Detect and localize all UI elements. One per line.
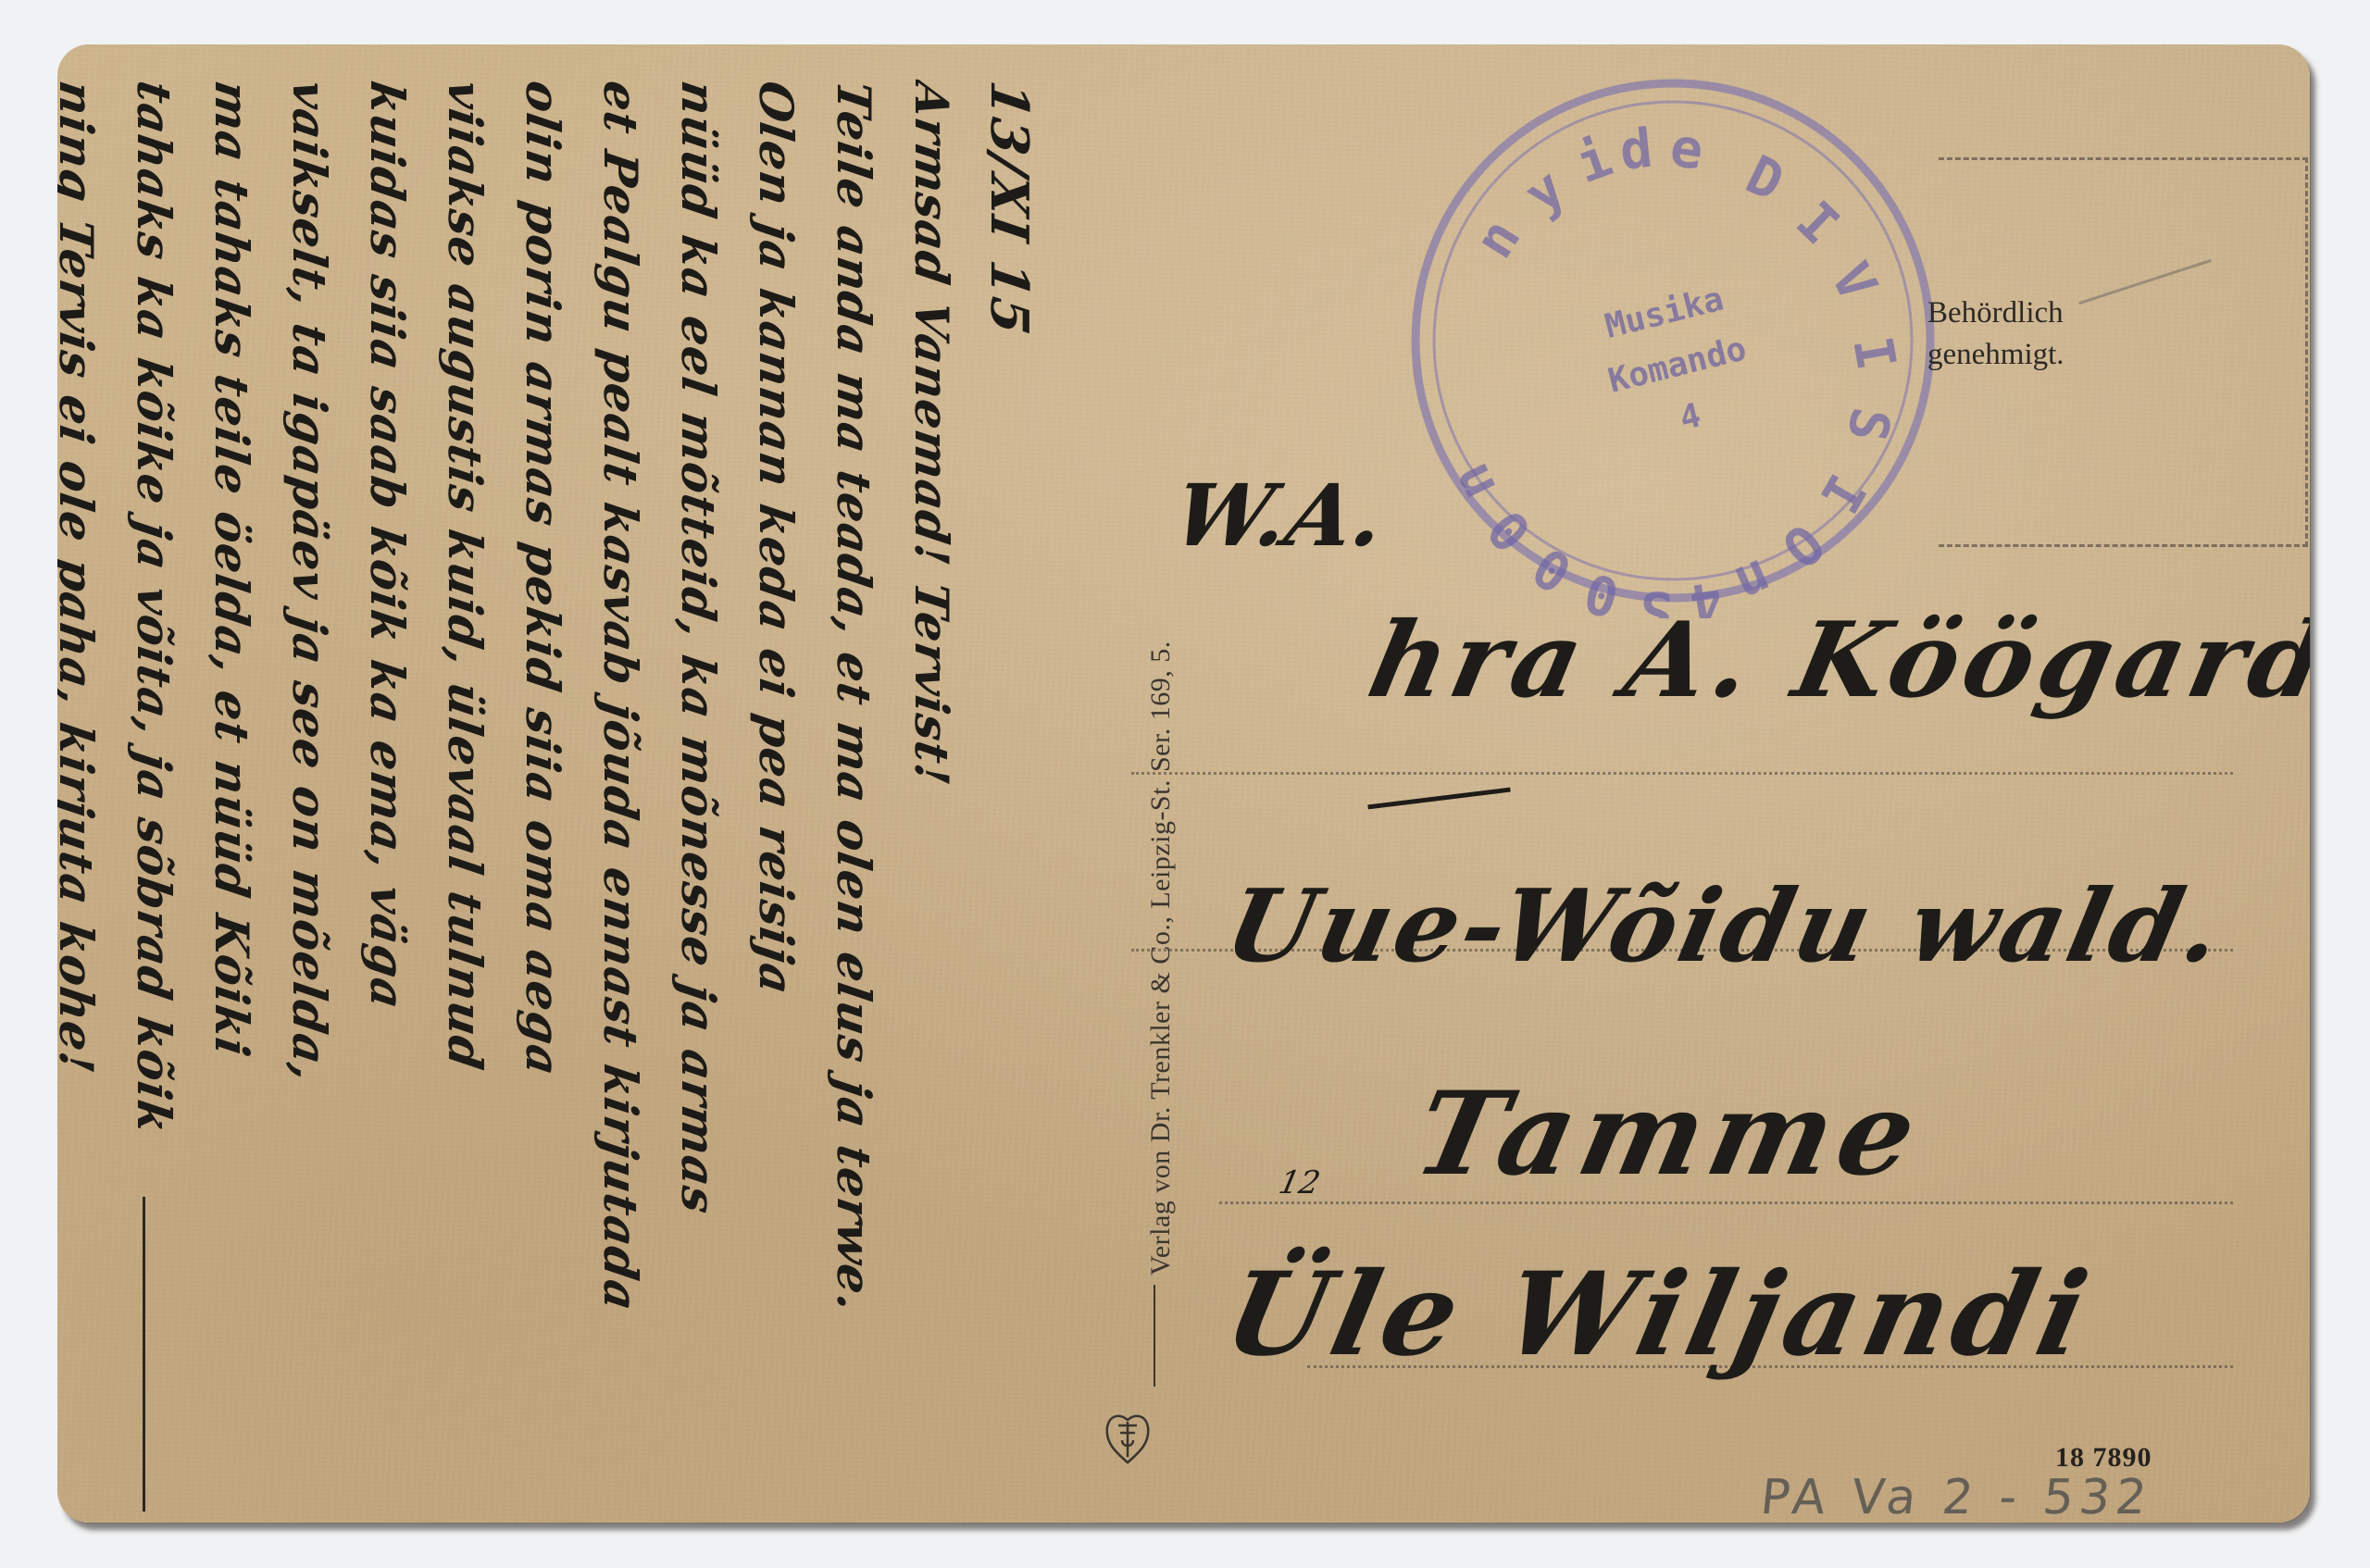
trefoil-monogram-icon bbox=[1102, 1405, 1154, 1466]
catalog-number: 18 7890 bbox=[2055, 1442, 2152, 1474]
svg-text:y: y bbox=[1513, 156, 1577, 226]
message-line: ma tahaks teile öelda, et nüüd Kõiki bbox=[193, 76, 270, 1503]
message-line: Teile anda ma teada, et ma olen elus ja … bbox=[815, 76, 892, 1503]
message-line: olin porin armas pekid siia oma aega bbox=[504, 76, 581, 1503]
message-line: vaikselt, ta igapäev ja see on mõelda, bbox=[270, 76, 348, 1503]
address-recipient: hra A. Köögard bbox=[1359, 600, 2310, 721]
svg-text:0: 0 bbox=[1522, 535, 1583, 605]
approval-label: Behördlich genehmigt. bbox=[1927, 292, 2064, 376]
address-line bbox=[1219, 1201, 2233, 1204]
address-village: Tamme bbox=[1404, 1067, 1935, 1201]
publisher-imprint: Verlag von Dr. Trenkler & Co., Leipzig-S… bbox=[1145, 641, 1177, 1276]
address-line bbox=[1131, 772, 2233, 775]
svg-text:n: n bbox=[1462, 208, 1532, 269]
message-line: Armsad Vanemad! Tervist! bbox=[892, 76, 970, 1503]
approval-line-1: Behördlich bbox=[1927, 292, 2064, 334]
svg-text:d: d bbox=[1616, 117, 1655, 182]
message-text-rotated: 13/XI 15 Armsad Vanemad! Tervist! Teile … bbox=[57, 81, 1048, 1498]
svg-text:I: I bbox=[1784, 189, 1851, 256]
message-line: et Pealgu pealt kasvab jõuda ennast kirj… bbox=[581, 76, 659, 1503]
address-parish: Üle Wiljandi bbox=[1215, 1248, 2104, 1382]
message-line: nüüd ka eel mõtteid, ka mõnesse ja armas bbox=[659, 76, 737, 1503]
message-line: Olen ja kannan keda ei pea reisija bbox=[737, 76, 815, 1503]
message-line: tahaks ka kõike ja võita, ja sõbrad kõik bbox=[115, 76, 193, 1503]
message-line: ning Tervis ei ole paha, kirjuta kohe! bbox=[57, 76, 115, 1503]
address-street: Uue-Wõidu wald. bbox=[1216, 868, 2236, 985]
postcard: 13/XI 15 Armsad Vanemad! Tervist! Teile … bbox=[57, 44, 2310, 1523]
svg-text:D: D bbox=[1737, 143, 1793, 213]
recipient-underline bbox=[1367, 788, 1510, 810]
svg-text:e: e bbox=[1666, 116, 1707, 182]
svg-text:V: V bbox=[1819, 253, 1890, 311]
address-greeting: W.A. bbox=[1166, 466, 1394, 566]
svg-text:I: I bbox=[1807, 464, 1877, 523]
message-date: 13/XI 15 bbox=[970, 76, 1048, 1503]
message-line: kuidas siia saab kõik ka ema, väga bbox=[348, 76, 426, 1503]
svg-text:S: S bbox=[1835, 404, 1902, 446]
handwritten-message: 13/XI 15 Armsad Vanemad! Tervist! Teile … bbox=[76, 72, 1076, 1498]
imprint-divider bbox=[1154, 1285, 1155, 1387]
address-parish-mark: 12 bbox=[1276, 1164, 1324, 1201]
message-line: viiakse augustis kuid, ülevaal tulnud bbox=[426, 76, 504, 1503]
svg-text:i: i bbox=[1568, 125, 1620, 195]
signature-rule bbox=[143, 1197, 145, 1512]
approval-line-2: genehmigt. bbox=[1927, 334, 2064, 376]
svg-text:I: I bbox=[1840, 332, 1908, 375]
archive-reference: PA Va 2 - 532 bbox=[1758, 1470, 2155, 1523]
